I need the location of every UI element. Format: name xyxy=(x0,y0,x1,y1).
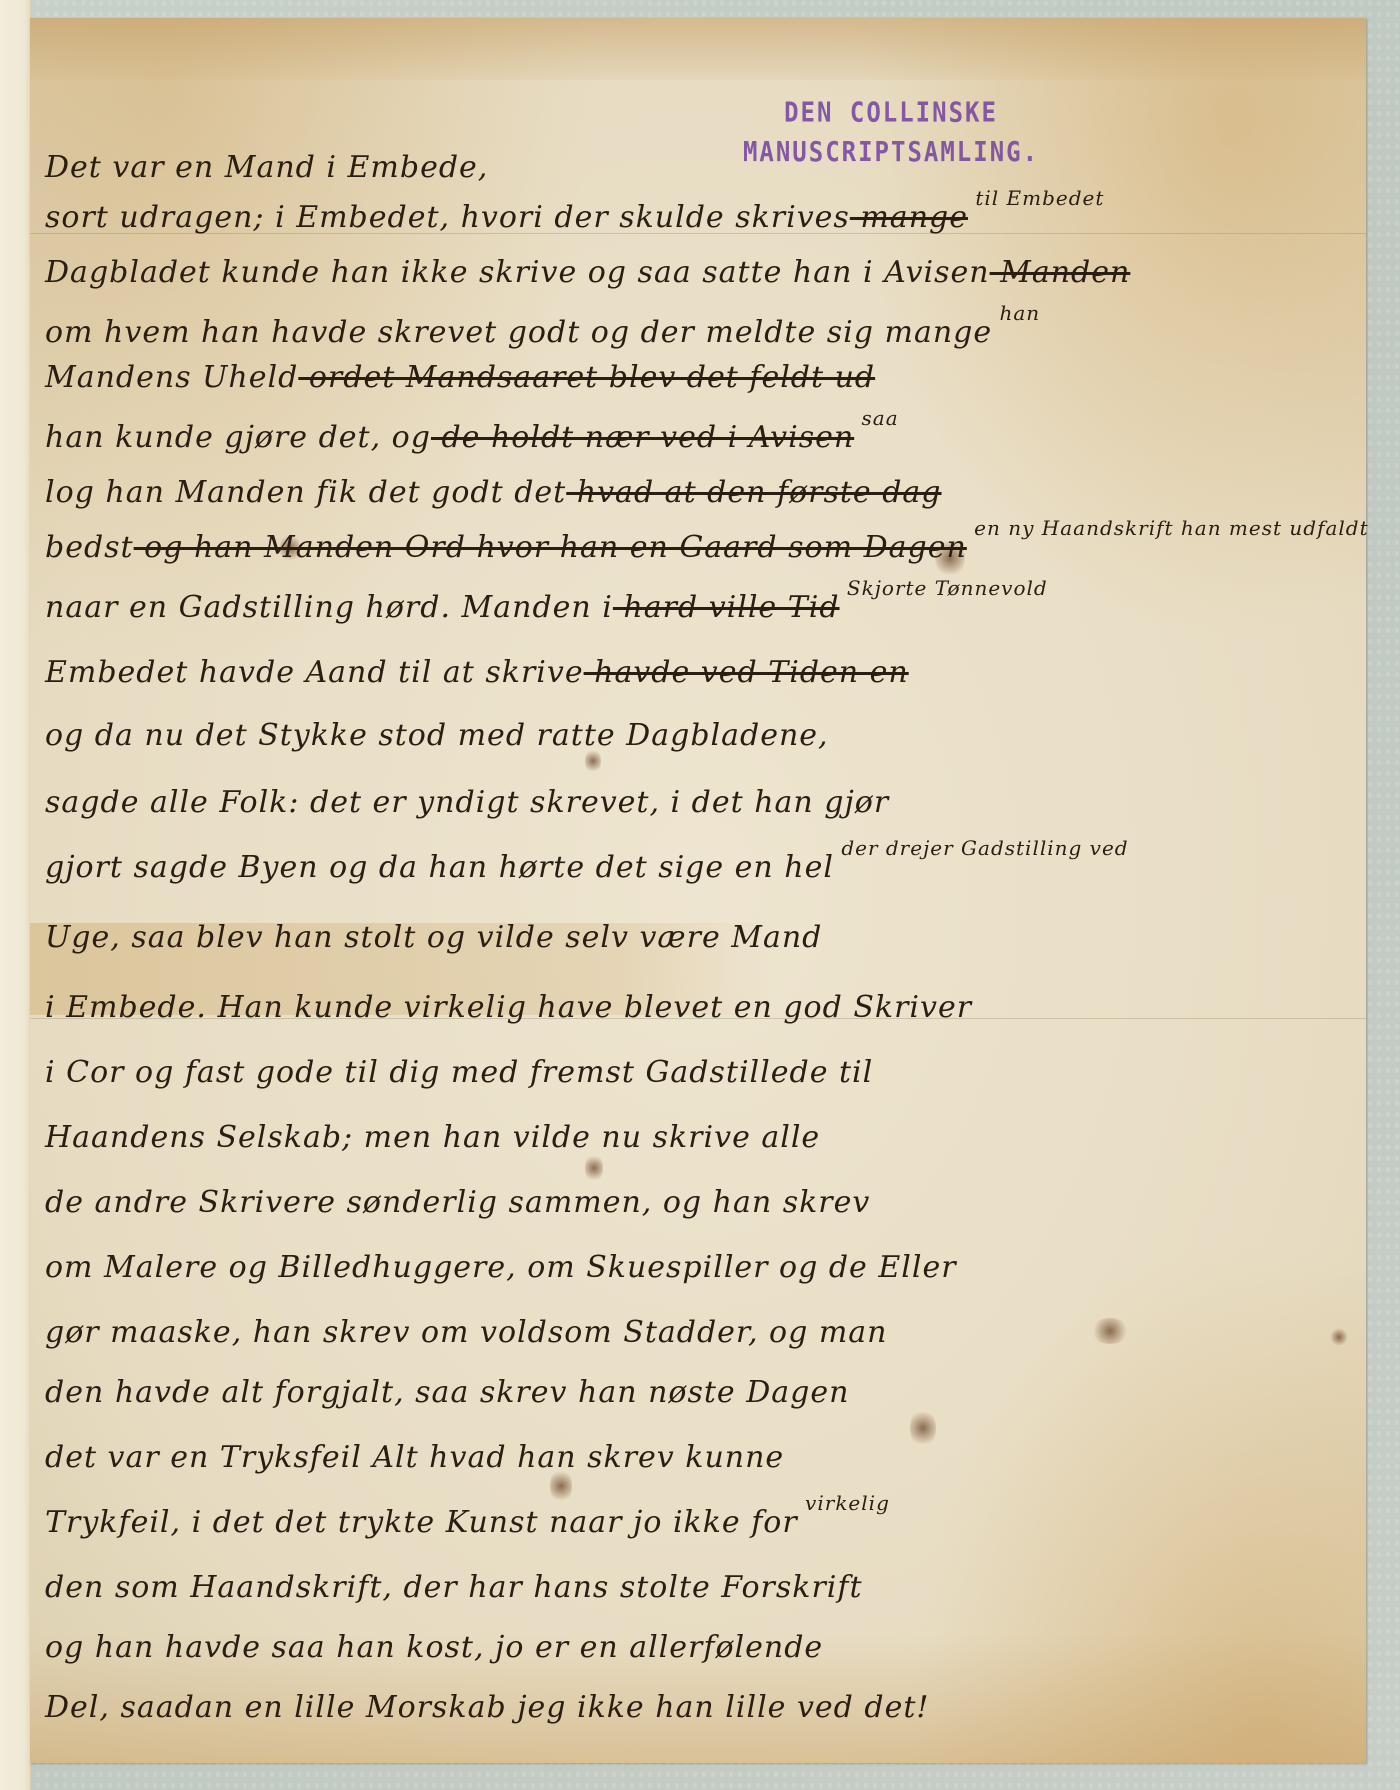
line-text: Mandens Uheld xyxy=(45,360,298,395)
manuscript-line: han kunde gjøre det, og de holdt nær ved… xyxy=(45,420,1370,455)
manuscript-line: sagde alle Folk: det er yndigt skrevet, … xyxy=(45,785,1370,820)
manuscript-line: Dagbladet kunde han ikke skrive og saa s… xyxy=(45,255,1370,290)
line-text: i Embede. Han kunde virkelig have blevet… xyxy=(45,990,972,1025)
line-text: om Malere og Billedhuggere, om Skuespill… xyxy=(45,1250,957,1285)
line-text: Det var en Mand i Embede, xyxy=(45,150,488,185)
line-text: gjort sagde Byen og da han hørte det sig… xyxy=(45,850,834,885)
manuscript-line: Trykfeil, i det det trykte Kunst naar jo… xyxy=(45,1505,1370,1540)
line-text: sort udragen; i Embedet, hvori der skuld… xyxy=(45,200,850,235)
manuscript-line: Embedet havde Aand til at skrive havde v… xyxy=(45,655,1370,690)
line-text: den havde alt forgjalt, saa skrev han nø… xyxy=(45,1375,849,1410)
line-text: sagde alle Folk: det er yndigt skrevet, … xyxy=(45,785,889,820)
line-text: han kunde gjøre det, og xyxy=(45,420,431,455)
interlinear-insertion: virkelig xyxy=(798,1491,890,1515)
line-text: naar en Gadstilling hørd. Manden i xyxy=(45,590,613,625)
interlinear-insertion: en ny Haandskrift han mest udfaldt xyxy=(967,516,1369,540)
line-text: Dagbladet kunde han ikke skrive og saa s… xyxy=(45,255,990,290)
interlinear-insertion: til Embedet xyxy=(968,186,1104,210)
line-text: Uge, saa blev han stolt og vilde selv væ… xyxy=(45,920,822,955)
interlinear-insertion: saa xyxy=(854,406,898,430)
manuscript-line: log han Manden fik det godt det hvad at … xyxy=(45,475,1370,510)
manuscript-line: den havde alt forgjalt, saa skrev han nø… xyxy=(45,1375,1370,1410)
manuscript-line: Haandens Selskab; men han vilde nu skriv… xyxy=(45,1120,1370,1155)
line-text: om hvem han havde skrevet godt og der me… xyxy=(45,315,992,350)
line-text: Trykfeil, i det det trykte Kunst naar jo… xyxy=(45,1505,798,1540)
manuscript-line: naar en Gadstilling hørd. Manden i hard … xyxy=(45,590,1370,625)
struck-text: havde ved Tiden en xyxy=(584,655,909,690)
line-text: den som Haandskrift, der har hans stolte… xyxy=(45,1570,863,1605)
struck-text: hvad at den første dag xyxy=(566,475,941,510)
manuscript-line: gjort sagde Byen og da han hørte det sig… xyxy=(45,850,1370,885)
struck-text: Manden xyxy=(990,255,1131,290)
manuscript-line: bedst og han Manden Ord hvor han en Gaar… xyxy=(45,530,1370,565)
manuscript-line: om Malere og Billedhuggere, om Skuespill… xyxy=(45,1250,1370,1285)
handwritten-text: Det var en Mand i Embede,sort udragen; i… xyxy=(0,0,1400,1790)
line-text: Del, saadan en lille Morskab jeg ikke ha… xyxy=(45,1690,929,1725)
manuscript-line: og han havde saa han kost, jo er en alle… xyxy=(45,1630,1370,1665)
manuscript-line: i Embede. Han kunde virkelig have blevet… xyxy=(45,990,1370,1025)
line-text: log han Manden fik det godt det xyxy=(45,475,566,510)
struck-text: hard ville Tid xyxy=(613,590,840,625)
manuscript-line: den som Haandskrift, der har hans stolte… xyxy=(45,1570,1370,1605)
line-text: i Cor og fast gode til dig med fremst Ga… xyxy=(45,1055,873,1090)
line-text: bedst xyxy=(45,530,134,565)
interlinear-insertion: Skjorte Tønnevold xyxy=(840,576,1048,600)
manuscript-line: Mandens Uheld ordet Mandsaaret blev det … xyxy=(45,360,1370,395)
line-text: det var en Tryksfeil Alt hvad han skrev … xyxy=(45,1440,784,1475)
struck-text: ordet Mandsaaret blev det feldt ud xyxy=(298,360,875,395)
manuscript-line: i Cor og fast gode til dig med fremst Ga… xyxy=(45,1055,1370,1090)
manuscript-line: de andre Skrivere sønderlig sammen, og h… xyxy=(45,1185,1370,1220)
manuscript-line: og da nu det Stykke stod med ratte Dagbl… xyxy=(45,718,1370,753)
struck-text: de holdt nær ved i Avisen xyxy=(431,420,854,455)
interlinear-insertion: der drejer Gadstilling ved xyxy=(834,836,1129,860)
line-text: og da nu det Stykke stod med ratte Dagbl… xyxy=(45,718,829,753)
struck-text: mange xyxy=(850,200,968,235)
manuscript-line: det var en Tryksfeil Alt hvad han skrev … xyxy=(45,1440,1370,1475)
manuscript-line: gør maaske, han skrev om voldsom Stadder… xyxy=(45,1315,1370,1350)
manuscript-line: om hvem han havde skrevet godt og der me… xyxy=(45,315,1370,350)
line-text: Embedet havde Aand til at skrive xyxy=(45,655,584,690)
manuscript-line: sort udragen; i Embedet, hvori der skuld… xyxy=(45,200,1370,235)
manuscript-line: Uge, saa blev han stolt og vilde selv væ… xyxy=(45,920,1370,955)
manuscript-line: Del, saadan en lille Morskab jeg ikke ha… xyxy=(45,1690,1370,1725)
struck-text: og han Manden Ord hvor han en Gaard som … xyxy=(134,530,967,565)
line-text: gør maaske, han skrev om voldsom Stadder… xyxy=(45,1315,888,1350)
line-text: og han havde saa han kost, jo er en alle… xyxy=(45,1630,823,1665)
manuscript-line: Det var en Mand i Embede, xyxy=(45,150,1370,185)
line-text: de andre Skrivere sønderlig sammen, og h… xyxy=(45,1185,870,1220)
line-text: Haandens Selskab; men han vilde nu skriv… xyxy=(45,1120,820,1155)
interlinear-insertion: han xyxy=(992,301,1040,325)
